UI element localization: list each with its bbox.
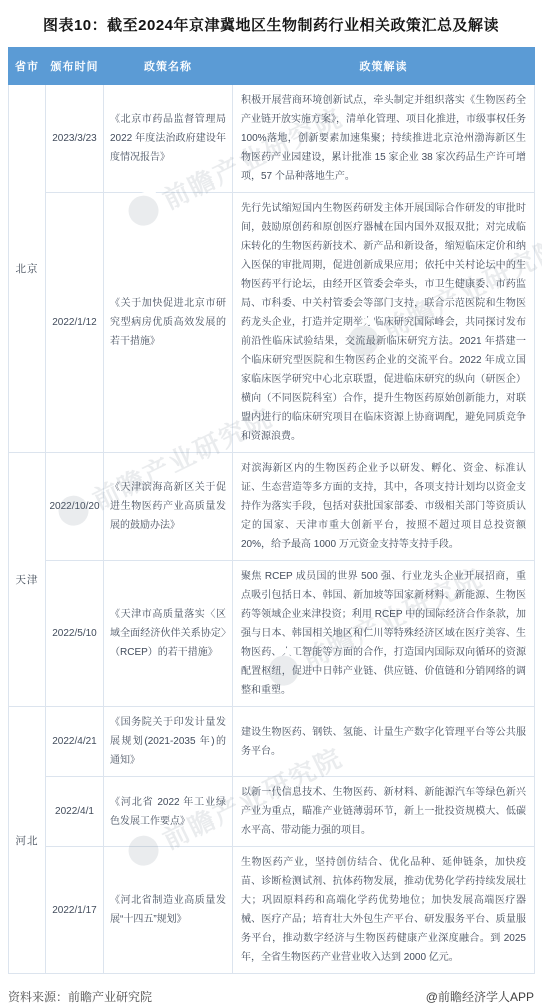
policy-name-cell: 《北京市药品监督管理局2022 年度法治政府建设年度情况报告》 xyxy=(104,85,233,193)
page: 图表10：截至2024年京津冀地区生物制药行业相关政策汇总及解读 省市 颁布时间… xyxy=(0,0,542,1005)
table-row: 2022/1/12 《关于加快促进北京市研究型病房优质高效发展的若干措施》 先行… xyxy=(9,193,535,453)
footer-source: 资料来源：前瞻产业研究院 xyxy=(8,988,152,1005)
date-cell: 2022/1/12 xyxy=(46,193,104,453)
table-row: 天津 2022/10/20 《天津滨海高新区关于促进生物医药产业高质量发展的鼓励… xyxy=(9,453,535,561)
policy-interpretation-cell: 以新一代信息技术、生物医药、新材料、新能源汽车等绿色新兴产业为重点，瞄准产业链薄… xyxy=(233,777,535,847)
policy-interpretation-cell: 积极开展营商环境创新试点，牵头制定并组织落实《生物医药全产业链开放实施方案》，清… xyxy=(233,85,535,193)
header-date: 颁布时间 xyxy=(46,48,104,85)
policy-name-cell: 《天津滨海高新区关于促进生物医药产业高质量发展的鼓励办法》 xyxy=(104,453,233,561)
policy-interpretation-cell: 对滨海新区内的生物医药企业予以研发、孵化、资金、标准认证、生态营造等多方面的支持… xyxy=(233,453,535,561)
policy-name-cell: 《天津市高质量落实〈区域全面经济伙伴关系协定〉（RCEP）的若干措施》 xyxy=(104,561,233,707)
chart-title: 图表10：截至2024年京津冀地区生物制药行业相关政策汇总及解读 xyxy=(0,0,542,47)
footer-credit: @前瞻经济学人APP xyxy=(426,988,534,1005)
table-row: 北京 2023/3/23 《北京市药品监督管理局2022 年度法治政府建设年度情… xyxy=(9,85,535,193)
region-cell-tianjin: 天津 xyxy=(9,453,46,707)
policy-name-cell: 《关于加快促进北京市研究型病房优质高效发展的若干措施》 xyxy=(104,193,233,453)
date-cell: 2022/4/21 xyxy=(46,707,104,777)
table-row: 2022/5/10 《天津市高质量落实〈区域全面经济伙伴关系协定〉（RCEP）的… xyxy=(9,561,535,707)
policy-table-wrapper: 省市 颁布时间 政策名称 政策解读 北京 2023/3/23 《北京市药品监督管… xyxy=(8,47,534,974)
header-interpretation: 政策解读 xyxy=(233,48,535,85)
header-policy-name: 政策名称 xyxy=(104,48,233,85)
date-cell: 2022/1/17 xyxy=(46,847,104,974)
table-row: 河北 2022/4/21 《国务院关于印发计量发展规划(2021-2035 年)… xyxy=(9,707,535,777)
policy-interpretation-cell: 生物医药产业，坚持创仿结合、优化品种、延伸链条，加快疫苗、诊断检测试剂、抗体药物… xyxy=(233,847,535,974)
table-row: 2022/4/1 《河北省 2022 年工业绿色发展工作要点》 以新一代信息技术… xyxy=(9,777,535,847)
region-cell-hebei: 河北 xyxy=(9,707,46,974)
policy-table: 省市 颁布时间 政策名称 政策解读 北京 2023/3/23 《北京市药品监督管… xyxy=(8,47,535,974)
policy-interpretation-cell: 先行先试缩短国内生物医药研发主体开展国际合作研发的审批时间，鼓励原创药和原创医疗… xyxy=(233,193,535,453)
table-header-row: 省市 颁布时间 政策名称 政策解读 xyxy=(9,48,535,85)
header-region: 省市 xyxy=(9,48,46,85)
table-row: 2022/1/17 《河北省制造业高质量发展“十四五”规划》 生物医药产业，坚持… xyxy=(9,847,535,974)
policy-interpretation-cell: 聚焦 RCEP 成员国的世界 500 强、行业龙头企业开展招商，重点吸引包括日本… xyxy=(233,561,535,707)
date-cell: 2022/10/20 xyxy=(46,453,104,561)
policy-name-cell: 《河北省 2022 年工业绿色发展工作要点》 xyxy=(104,777,233,847)
policy-name-cell: 《国务院关于印发计量发展规划(2021-2035 年)的通知》 xyxy=(104,707,233,777)
date-cell: 2023/3/23 xyxy=(46,85,104,193)
date-cell: 2022/4/1 xyxy=(46,777,104,847)
policy-interpretation-cell: 建设生物医药、钢铁、氢能、计量生产数字化管理平台等公共服务平台。 xyxy=(233,707,535,777)
policy-name-cell: 《河北省制造业高质量发展“十四五”规划》 xyxy=(104,847,233,974)
footer: 资料来源：前瞻产业研究院 @前瞻经济学人APP xyxy=(0,988,542,1005)
region-cell-beijing: 北京 xyxy=(9,85,46,453)
date-cell: 2022/5/10 xyxy=(46,561,104,707)
